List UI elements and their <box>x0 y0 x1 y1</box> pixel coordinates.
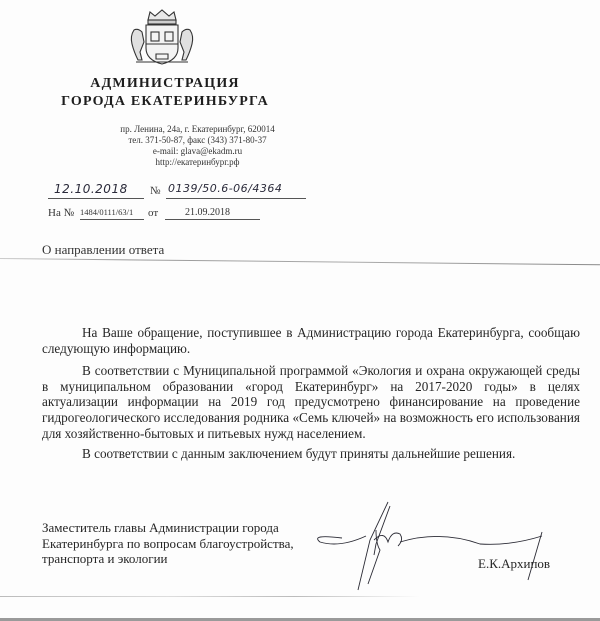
contact-block: пр. Ленина, 24а, г. Екатеринбург, 620014… <box>70 124 325 168</box>
paragraph-1: На Ваше обращение, поступившее в Админис… <box>42 325 580 356</box>
signer-title-line3: транспорта и экологии <box>42 551 294 567</box>
paragraph-3: В соответствии с данным заключением буду… <box>42 446 580 462</box>
signer-title-line2: Екатеринбурга по вопросам благоустройств… <box>42 536 294 552</box>
number-field: 0139/50.6-06/4364 <box>166 184 306 199</box>
paragraph-2: В соответствии с Муниципальной программо… <box>42 363 580 441</box>
date-field: 12.10.2018 <box>48 184 144 199</box>
website: http://екатеринбург.рф <box>70 157 325 168</box>
email: e-mail: glava@ekadm.ru <box>70 146 325 157</box>
letter-body: На Ваше обращение, поступившее в Админис… <box>42 325 580 462</box>
reply-to-date: 21.09.2018 <box>185 207 230 218</box>
phone-fax: тел. 371-50-87, факс (343) 371-80-37 <box>70 135 325 146</box>
handwritten-signature-icon <box>280 500 560 595</box>
org-name-line1: АДМИНИСТРАЦИЯ <box>60 76 270 92</box>
letter-page: АДМИНИСТРАЦИЯ ГОРОДА ЕКАТЕРИНБУРГА пр. Л… <box>0 0 600 621</box>
signer-title-line1: Заместитель главы Администрации города <box>42 520 294 536</box>
number-handwritten: 0139/50.6-06/4364 <box>168 182 282 195</box>
org-name-line2: ГОРОДА ЕКАТЕРИНБУРГА <box>60 94 270 110</box>
address: пр. Ленина, 24а, г. Екатеринбург, 620014 <box>70 124 325 135</box>
lower-fold-line <box>0 596 420 597</box>
reply-to-number: 1484/0111/63/1 <box>80 207 133 217</box>
reply-to-number-field: 1484/0111/63/1 <box>80 206 144 220</box>
reply-to-label: На № <box>48 207 74 219</box>
signer-title: Заместитель главы Администрации города Е… <box>42 520 294 567</box>
subject-line: О направлении ответа <box>42 242 164 258</box>
number-label: № <box>150 185 161 197</box>
from-label: от <box>148 207 158 219</box>
reply-to-date-field: 21.09.2018 <box>165 206 260 220</box>
fold-line <box>0 258 600 265</box>
coat-of-arms-icon <box>126 8 198 68</box>
date-handwritten: 12.10.2018 <box>54 182 128 196</box>
signer-name: Е.К.Архипов <box>478 556 550 572</box>
